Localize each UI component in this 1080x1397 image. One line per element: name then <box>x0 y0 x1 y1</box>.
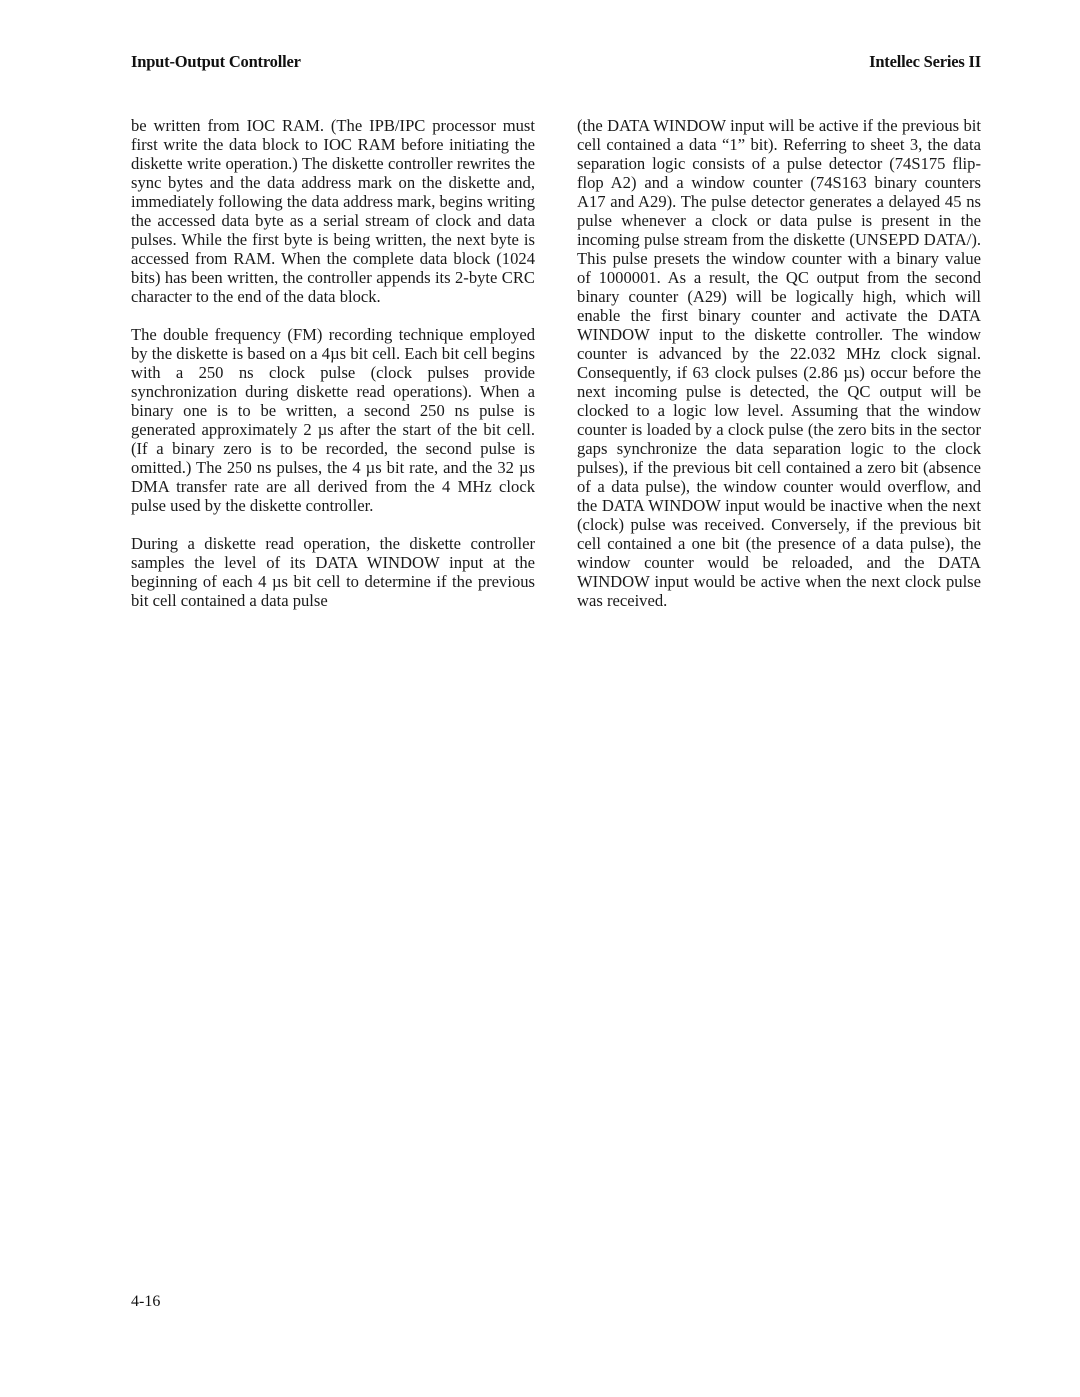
running-header-manual-title: Intellec Series II <box>869 52 981 72</box>
page-number: 4-16 <box>131 1293 160 1311</box>
paragraph-data-separation-logic: (the DATA WINDOW input will be active if… <box>577 116 981 610</box>
paragraph-fm-recording: The double frequency (FM) recording tech… <box>131 325 535 515</box>
paragraph-read-operation: During a diskette read operation, the di… <box>131 534 535 610</box>
running-header-section-title: Input-Output Controller <box>131 52 301 72</box>
right-text-column: (the DATA WINDOW input will be active if… <box>577 116 981 610</box>
document-page: Input-Output Controller Intellec Series … <box>0 0 1080 1397</box>
paragraph-write-operation: be written from IOC RAM. (The IPB/IPC pr… <box>131 116 535 306</box>
left-text-column: be written from IOC RAM. (The IPB/IPC pr… <box>131 116 535 610</box>
